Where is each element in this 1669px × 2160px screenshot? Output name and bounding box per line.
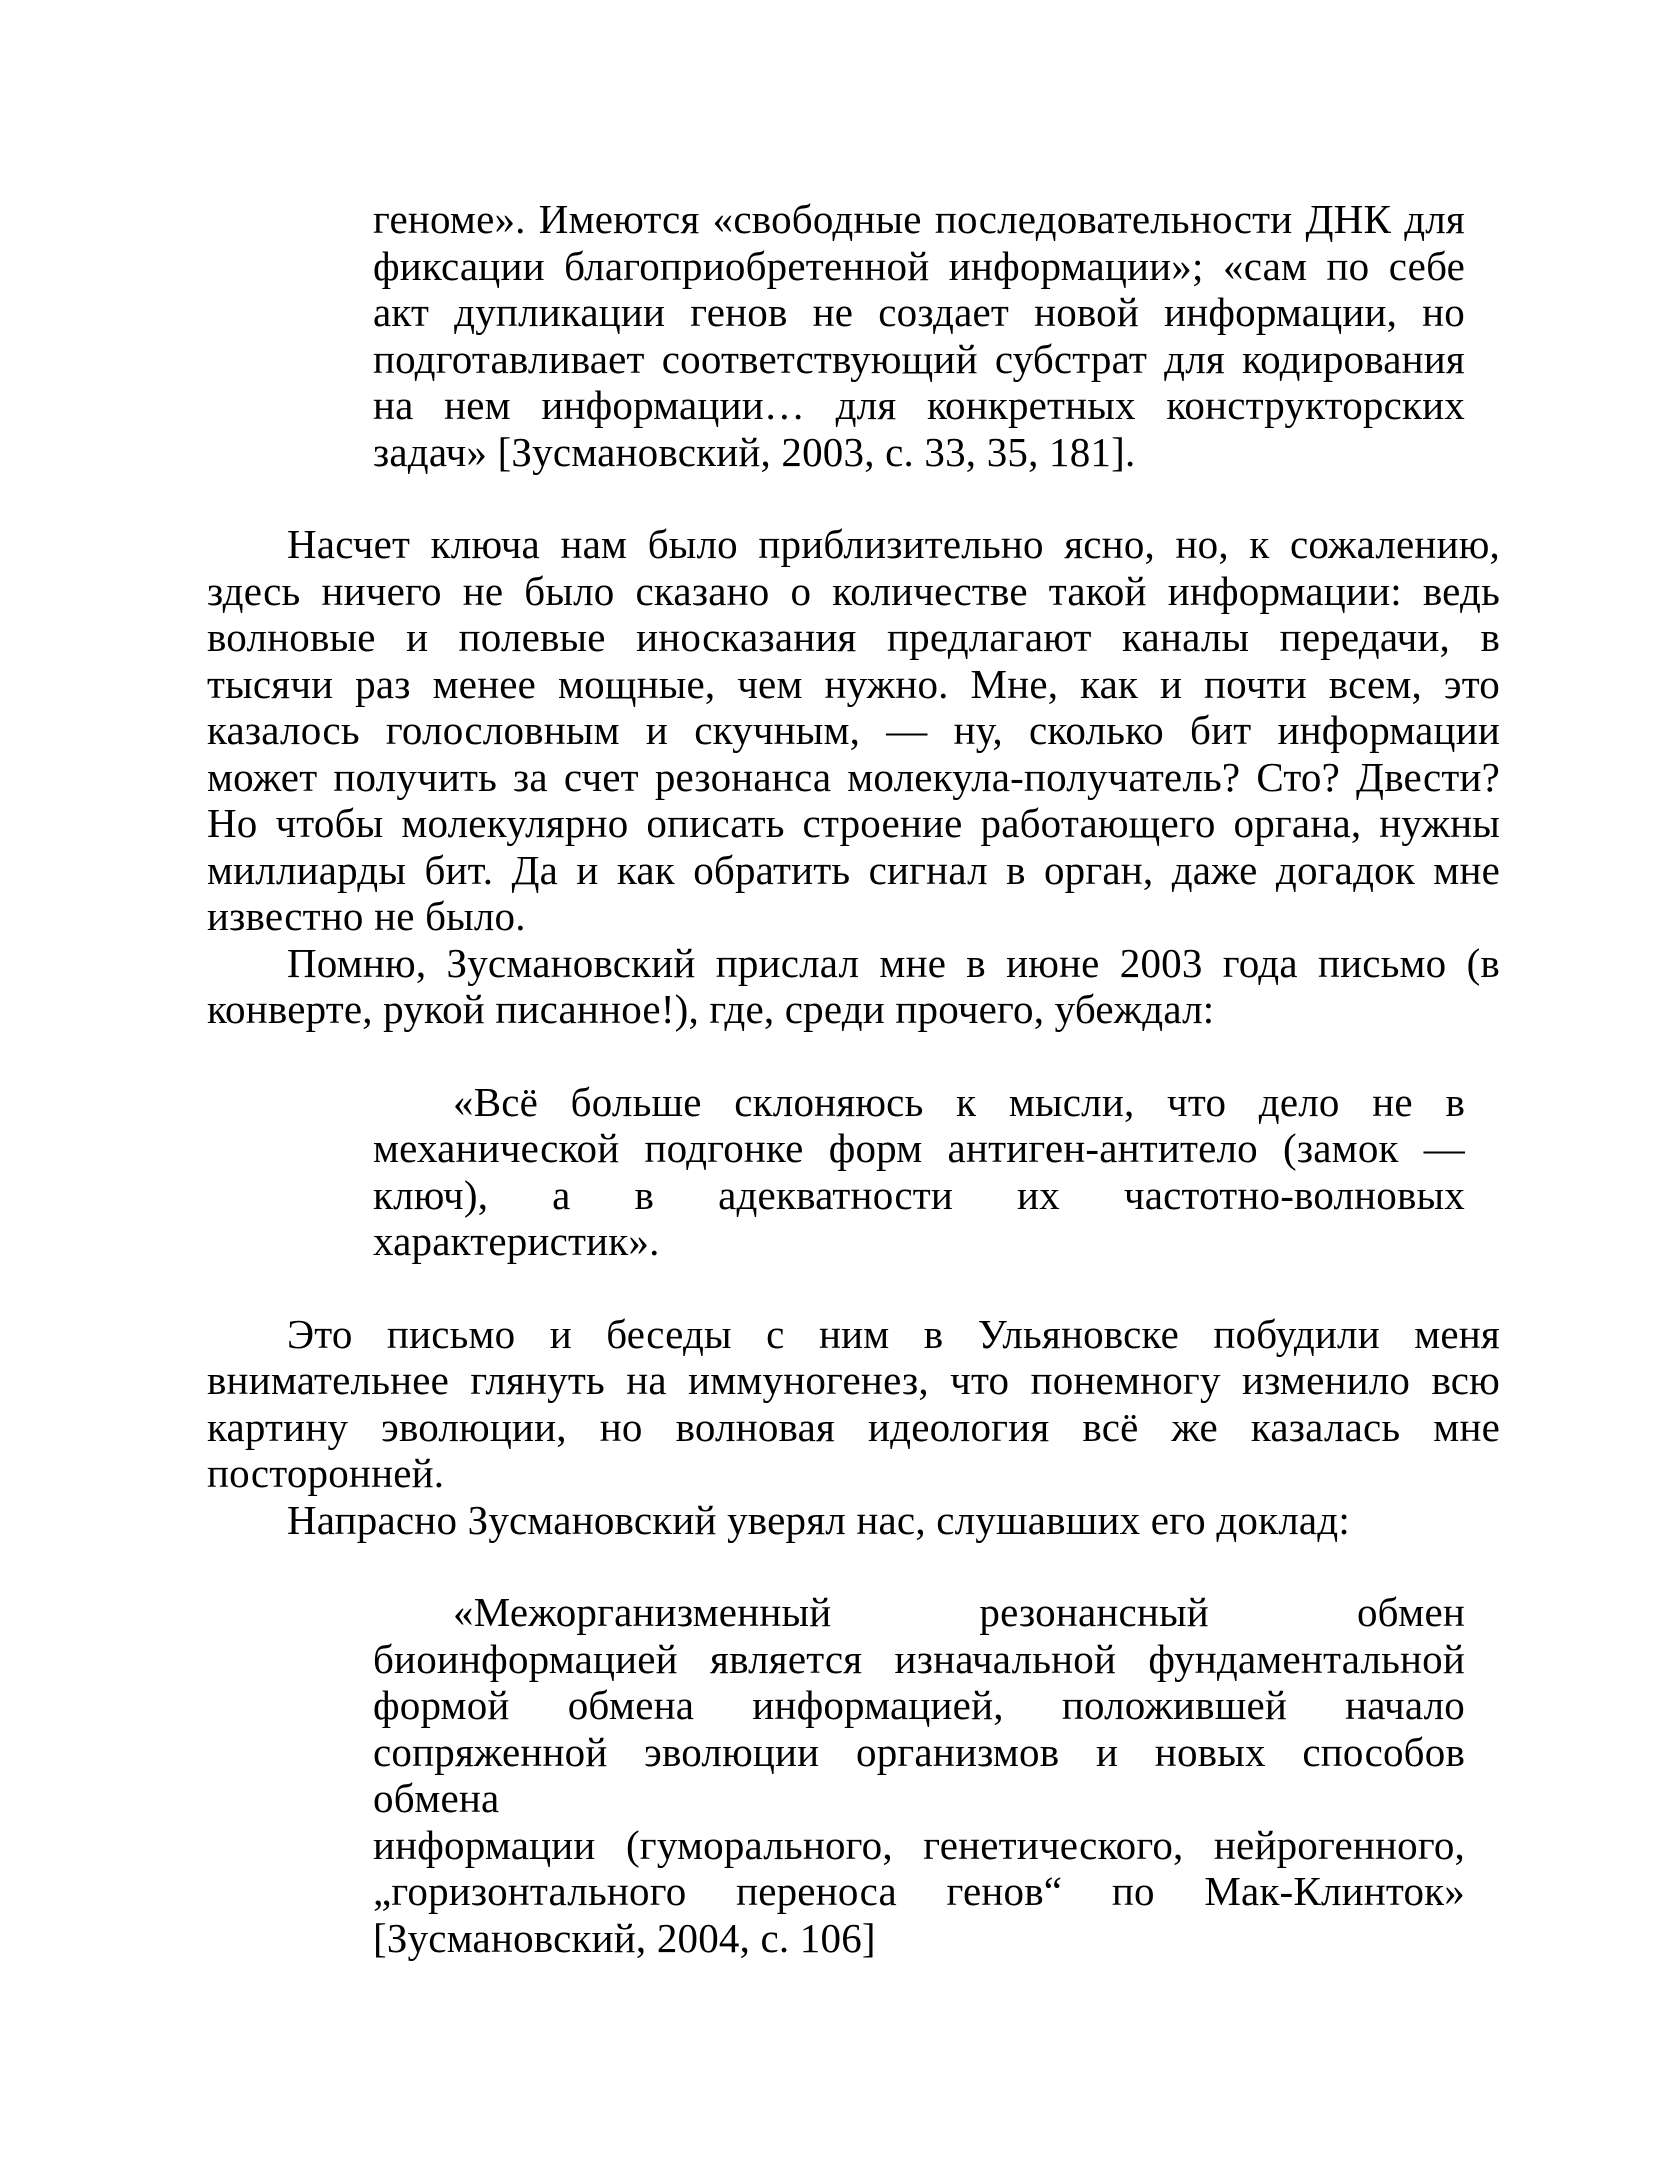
text-line: сопряженной эволюции организмов и новых … xyxy=(373,1729,1465,1822)
document-page: геноме». Имеются «свободные последовател… xyxy=(0,0,1669,2160)
text-line: тысячи раз менее мощные, чем нужно. Мне,… xyxy=(207,661,1500,708)
text-line: Но чтобы молекулярно описать строение ра… xyxy=(207,800,1500,847)
text-line: Напрасно Зусмановский уверял нас, слушав… xyxy=(207,1497,1500,1544)
text-line: на нем информации… для конкретных констр… xyxy=(373,382,1465,429)
text-line: Насчет ключа нам было приблизительно ясн… xyxy=(207,521,1500,568)
text-line: акт дупликации генов не создает новой ин… xyxy=(373,289,1465,336)
text-line: известно не было. xyxy=(207,893,1500,940)
text-line: казалось голословным и скучным, — ну, ск… xyxy=(207,707,1500,754)
paragraph: Это письмо и беседы с ним в Ульяновске п… xyxy=(207,1311,1500,1497)
text-line: внимательнее глянуть на иммуногенез, что… xyxy=(207,1357,1500,1404)
text-line: подготавливает соответствующий субстрат … xyxy=(373,336,1465,383)
text-line: картину эволюции, но волновая идеология … xyxy=(207,1404,1500,1451)
text-line: конверте, рукой писанное!), где, среди п… xyxy=(207,986,1500,1033)
quote-block: «Межорганизменный резонансный обменбиоин… xyxy=(373,1589,1465,1961)
text-line: задач» [Зусмановский, 2003, с. 33, 35, 1… xyxy=(373,429,1465,476)
text-line: механической подгонке форм антиген-антит… xyxy=(373,1125,1465,1172)
text-line: Это письмо и беседы с ним в Ульяновске п… xyxy=(207,1311,1500,1358)
paragraph: Напрасно Зусмановский уверял нас, слушав… xyxy=(207,1497,1500,1544)
text-line: формой обмена информацией, положившей на… xyxy=(373,1682,1465,1729)
text-line: «Межорганизменный резонансный обмен xyxy=(373,1589,1465,1636)
quote-block: геноме». Имеются «свободные последовател… xyxy=(373,196,1465,475)
text-line: характеристик». xyxy=(373,1218,1465,1265)
text-line: «Всё больше склоняюсь к мысли, что дело … xyxy=(373,1079,1465,1126)
text-line: волновые и полевые иносказания предлагаю… xyxy=(207,614,1500,661)
text-line: здесь ничего не было сказано о количеств… xyxy=(207,568,1500,615)
text-line: миллиарды бит. Да и как обратить сигнал … xyxy=(207,847,1500,894)
text-line: ключ), а в адекватности их частотно-волн… xyxy=(373,1172,1465,1219)
text-line: биоинформацией является изначальной фунд… xyxy=(373,1636,1465,1683)
paragraph: Помню, Зусмановский прислал мне в июне 2… xyxy=(207,940,1500,1033)
quote-block: «Всё больше склоняюсь к мысли, что дело … xyxy=(373,1079,1465,1265)
text-line: информации (гуморального, генетического,… xyxy=(373,1822,1465,1869)
text-line: фиксации благоприобретенной информации»;… xyxy=(373,243,1465,290)
text-column: геноме». Имеются «свободные последовател… xyxy=(207,196,1500,1961)
text-line: геноме». Имеются «свободные последовател… xyxy=(373,196,1465,243)
text-line: [Зусмановский, 2004, с. 106] xyxy=(373,1915,1465,1962)
text-line: Помню, Зусмановский прислал мне в июне 2… xyxy=(207,940,1500,987)
text-line: „горизонтального переноса генов“ по Мак-… xyxy=(373,1868,1465,1915)
text-line: посторонней. xyxy=(207,1450,1500,1497)
paragraph: Насчет ключа нам было приблизительно ясн… xyxy=(207,521,1500,940)
text-line: может получить за счет резонанса молекул… xyxy=(207,754,1500,801)
